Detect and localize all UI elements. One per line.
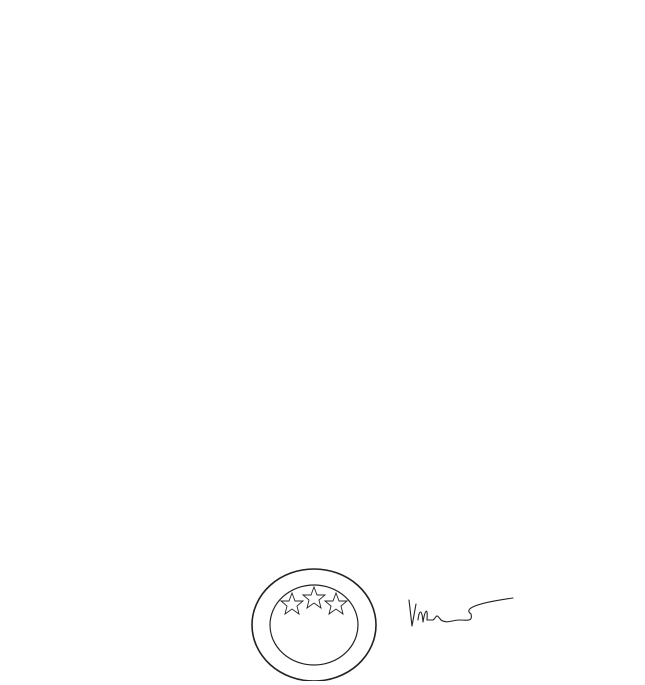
signature bbox=[405, 590, 515, 630]
value-phone bbox=[360, 32, 630, 48]
organization-stamp bbox=[244, 563, 384, 681]
header-values bbox=[360, 32, 630, 48]
